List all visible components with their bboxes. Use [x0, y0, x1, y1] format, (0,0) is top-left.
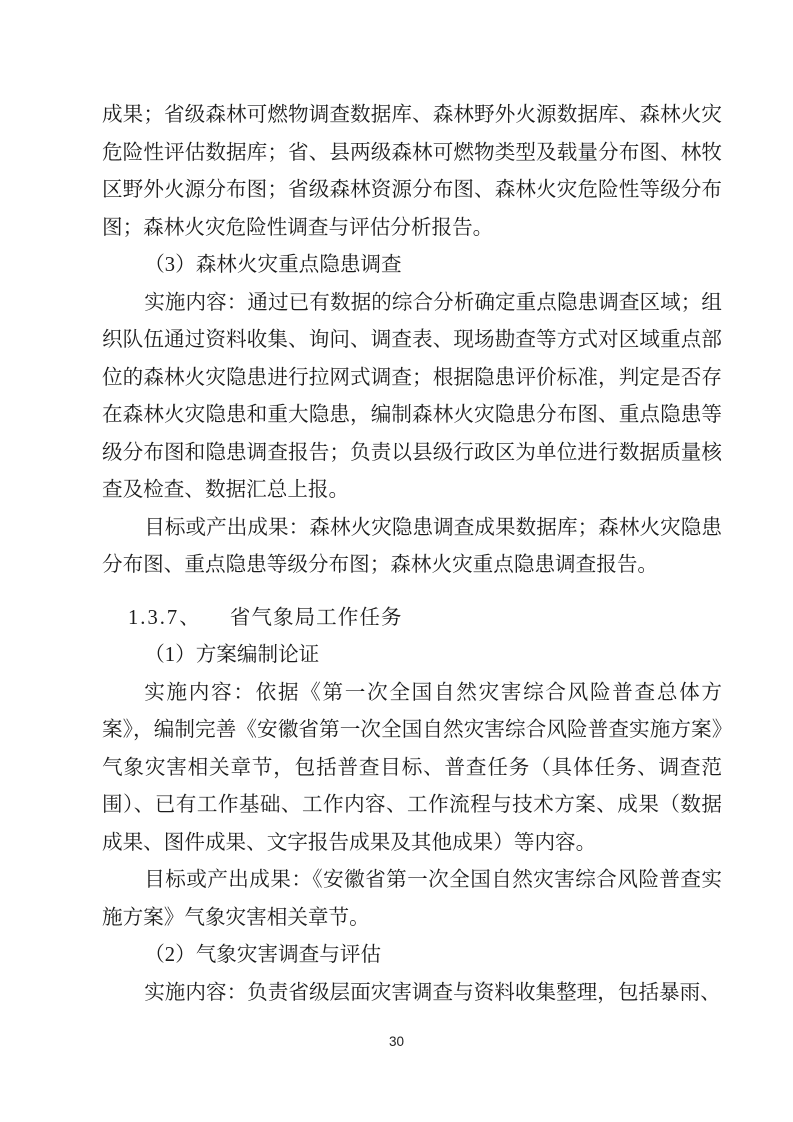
section-heading: 1.3.7、省气象局工作任务: [102, 600, 722, 638]
body-paragraph: 实施内容：负责省级层面灾害调查与资料收集整理，包括暴雨、: [102, 975, 722, 1013]
page-number: 30: [0, 1034, 793, 1049]
document-body: 成果；省级森林可燃物调查数据库、森林野外火源数据库、森林火灾危险性评估数据库；省…: [102, 97, 722, 1012]
body-paragraph: 目标或产出成果：《安徽省第一次全国自然灾害综合风险普查实施方案》气象灾害相关章节…: [102, 862, 722, 937]
body-paragraph: 成果；省级森林可燃物调查数据库、森林野外火源数据库、森林火灾危险性评估数据库；省…: [102, 97, 722, 247]
section-number: 1.3.7、: [128, 607, 202, 629]
section-title: 省气象局工作任务: [230, 607, 403, 629]
document-page: 成果；省级森林可燃物调查数据库、森林野外火源数据库、森林火灾危险性评估数据库；省…: [0, 0, 793, 1122]
body-paragraph: （2）气象灾害调查与评估: [102, 937, 722, 975]
body-paragraph: 实施内容：通过已有数据的综合分析确定重点隐患调查区域；组织队伍通过资料收集、询问…: [102, 285, 722, 510]
body-paragraph: （1）方案编制论证: [102, 637, 722, 675]
body-paragraph: 实施内容：依据《第一次全国自然灾害综合风险普查总体方案》，编制完善《安徽省第一次…: [102, 675, 722, 863]
body-paragraph: （3）森林火灾重点隐患调查: [102, 247, 722, 285]
body-paragraph: 目标或产出成果：森林火灾隐患调查成果数据库；森林火灾隐患分布图、重点隐患等级分布…: [102, 510, 722, 585]
